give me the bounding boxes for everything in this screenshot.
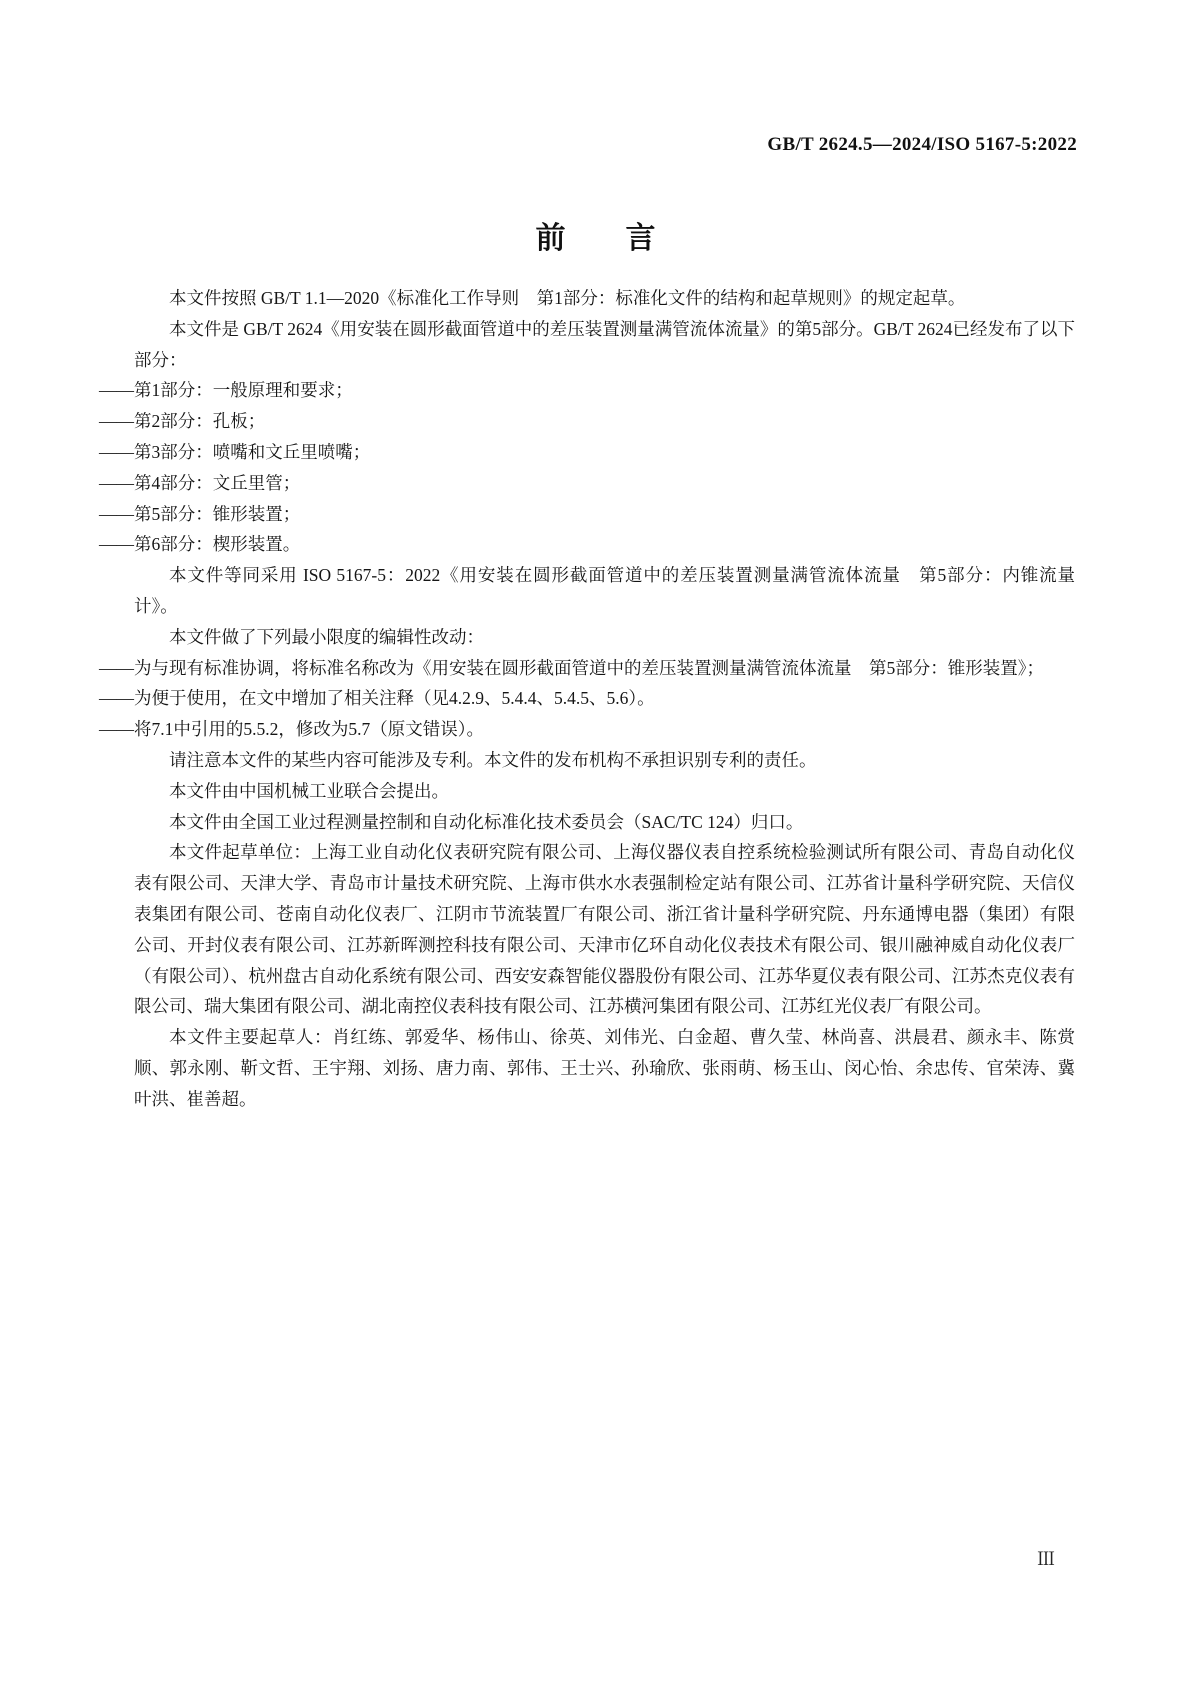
paragraph-main-drafters: 本文件主要起草人：肖红练、郭爱华、杨伟山、徐英、刘伟光、白金超、曹久莹、林尚喜、… — [134, 1022, 1075, 1114]
paragraph-iso-adoption: 本文件等同采用 ISO 5167-5：2022《用安装在圆形截面管道中的差压装置… — [134, 560, 1075, 622]
list-item-change-2: ——为便于使用，在文中增加了相关注释（见4.2.9、5.4.4、5.4.5、5.… — [134, 683, 1075, 714]
list-item-part-2: ——第2部分：孔板； — [134, 406, 1075, 437]
page-title: 前 言 — [0, 213, 1191, 257]
page-number: Ⅲ — [1037, 1545, 1055, 1571]
paragraph-series-intro: 本文件是 GB/T 2624《用安装在圆形截面管道中的差压装置测量满管流体流量》… — [134, 314, 1075, 376]
list-item-change-3: ——将7.1中引用的5.5.2，修改为5.7（原文错误）。 — [134, 714, 1075, 745]
paragraph-committee: 本文件由全国工业过程测量控制和自动化标准化技术委员会（SAC/TC 124）归口… — [134, 807, 1075, 838]
paragraph-editorial-changes-intro: 本文件做了下列最小限度的编辑性改动： — [134, 622, 1075, 653]
list-item-part-6: ——第6部分：楔形装置。 — [134, 529, 1075, 560]
paragraph-patent-notice: 请注意本文件的某些内容可能涉及专利。本文件的发布机构不承担识别专利的责任。 — [134, 745, 1075, 776]
paragraph-proposed-by: 本文件由中国机械工业联合会提出。 — [134, 776, 1075, 807]
foreword-body: 本文件按照 GB/T 1.1—2020《标准化工作导则 第1部分：标准化文件的结… — [134, 283, 1075, 1115]
paragraph-drafting-organizations: 本文件起草单位：上海工业自动化仪表研究院有限公司、上海仪器仪表自控系统检验测试所… — [134, 837, 1075, 1022]
list-item-part-5: ——第5部分：锥形装置； — [134, 499, 1075, 530]
list-item-part-4: ——第4部分：文丘里管； — [134, 468, 1075, 499]
list-item-change-1: ——为与现有标准协调，将标准名称改为《用安装在圆形截面管道中的差压装置测量满管流… — [134, 653, 1075, 684]
doc-number: GB/T 2624.5—2024/ISO 5167-5:2022 — [767, 134, 1077, 156]
list-item-part-3: ——第3部分：喷嘴和文丘里喷嘴； — [134, 437, 1075, 468]
list-item-part-1: ——第1部分：一般原理和要求； — [134, 375, 1075, 406]
document-page: GB/T 2624.5—2024/ISO 5167-5:2022 前 言 本文件… — [0, 0, 1191, 1684]
paragraph-drafting-rules: 本文件按照 GB/T 1.1—2020《标准化工作导则 第1部分：标准化文件的结… — [134, 283, 1075, 314]
